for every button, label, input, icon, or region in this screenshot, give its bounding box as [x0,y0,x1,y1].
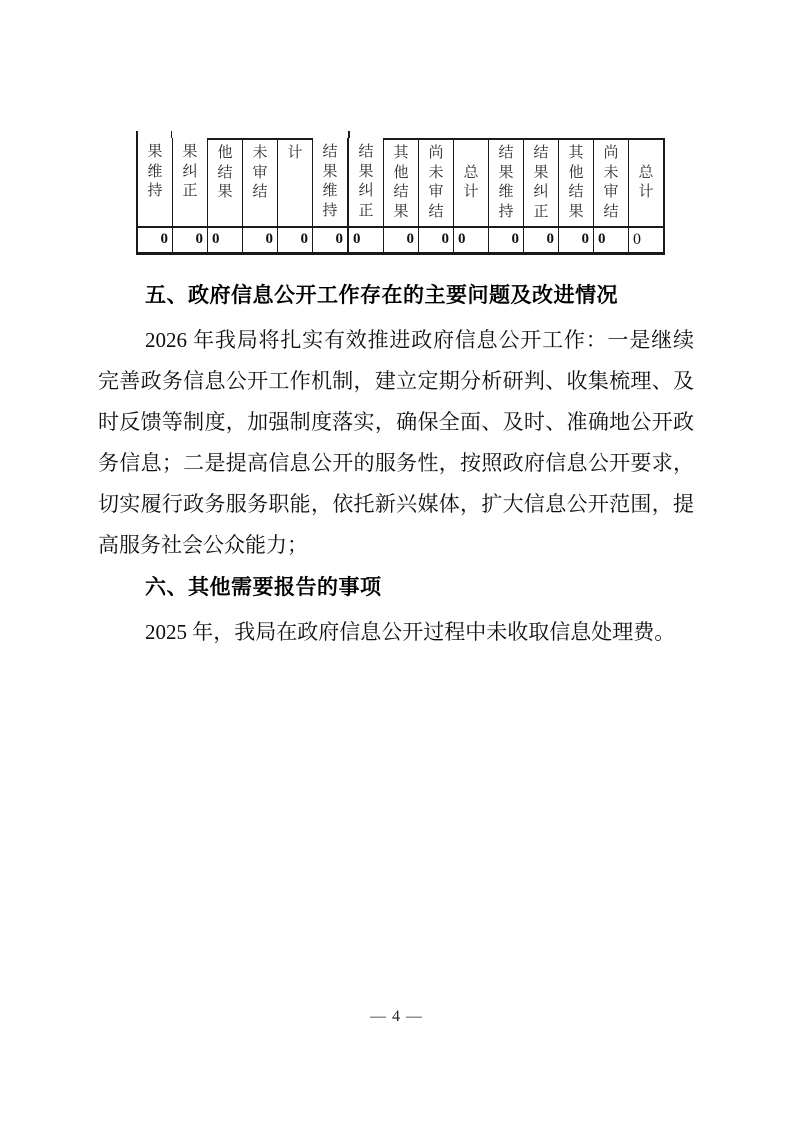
table-header-cell: 总计 [454,138,488,226]
table-column: 结果纠正 0 [347,138,383,252]
table-value-cell: 0 [138,226,172,252]
table-column: 尚未审结 0 [593,138,628,252]
paragraph-line: 切实履行政务服务职能，依托新兴媒体，扩大信息公开范围，提 [98,484,694,525]
paragraph-line: 务信息；二是提高信息公开的服务性，按照政府信息公开要求， [98,443,694,484]
table-column: 总计 0 [453,138,488,252]
section6-heading: 六、其他需要报告的事项 [98,573,694,603]
table-column: 结果纠正 0 [523,138,558,252]
table-value-cell: 0 [313,226,347,252]
table-value-cell: 0 [559,226,593,252]
table-value-cell: 0 [173,226,207,252]
paragraph-line: 时反馈等制度，加强制度落实，确保全面、及时、准确地公开政 [98,402,694,443]
table-value-cell: 0 [454,226,488,252]
table-value-cell: 0 [524,226,558,252]
table-column: 结果维持 0 [312,138,347,252]
table-value-cell: 0 [629,226,663,252]
page-number: — 4 — [0,1008,793,1026]
table-column: 其他结果 0 [558,138,593,252]
table-header-cell: 他结果 [208,138,242,226]
table-column: 总计 0 [628,138,663,252]
table-value-cell: 0 [278,226,312,252]
table-header-cell: 计 [278,138,312,226]
table-value-cell: 0 [419,226,453,252]
table-column: 他结果 0 [207,138,242,252]
table-header-cell: 结果纠正 [349,138,383,226]
table-border-stub [171,131,172,138]
statistics-table: 果维持 0 果纠正 0 他结果 0 未审结 0 计 0 结果维持 0 [136,131,665,255]
paragraph-line: 完善政务信息公开工作机制，建立定期分析研判、收集梳理、及 [98,361,694,402]
table-header-cell: 果维持 [138,138,172,226]
table-value-cell: 0 [384,226,418,252]
table-column: 其他结果 0 [383,138,418,252]
table-column: 计 0 [277,138,312,252]
table-left-border-stub [136,131,138,138]
table-grid: 果维持 0 果纠正 0 他结果 0 未审结 0 计 0 结果维持 0 [136,138,665,255]
table-header-cell: 尚未审结 [594,138,628,226]
section5-heading: 五、政府信息公开工作存在的主要问题及改进情况 [98,281,694,311]
table-header-cell: 结果维持 [313,138,347,226]
table-header-cell: 未审结 [243,138,277,226]
table-header-cell: 其他结果 [559,138,593,226]
document-page: 果维持 0 果纠正 0 他结果 0 未审结 0 计 0 结果维持 0 [0,0,793,1122]
table-column: 尚未审结 0 [418,138,453,252]
table-value-cell: 0 [208,226,242,252]
table-column: 结果维持 0 [488,138,523,252]
table-header-cell: 果纠正 [173,138,207,226]
table-column: 果纠正 0 [172,138,207,252]
table-header-cell: 结果纠正 [524,138,558,226]
table-pagebreak-cut-strip [136,131,665,138]
table-header-cell: 总计 [629,138,663,226]
table-value-cell: 0 [349,226,383,252]
paragraph-line: 2025 年，我局在政府信息公开过程中未收取信息处理费。 [98,612,694,653]
table-header-cell: 尚未审结 [419,138,453,226]
table-value-cell: 0 [243,226,277,252]
section6-paragraph: 2025 年，我局在政府信息公开过程中未收取信息处理费。 [98,612,694,653]
table-column: 未审结 0 [242,138,277,252]
paragraph-line: 高服务社会公众能力； [98,525,694,566]
paragraph-line: 2026 年我局将扎实有效推进政府信息公开工作：一是继续 [98,320,694,361]
section5-paragraph: 2026 年我局将扎实有效推进政府信息公开工作：一是继续 完善政务信息公开工作机… [98,320,694,566]
table-header-cell: 结果维持 [489,138,523,226]
table-header-cell: 其他结果 [384,138,418,226]
table-column: 果维持 0 [138,138,172,252]
table-value-cell: 0 [489,226,523,252]
table-value-cell: 0 [594,226,628,252]
table-border-stub [348,131,350,138]
